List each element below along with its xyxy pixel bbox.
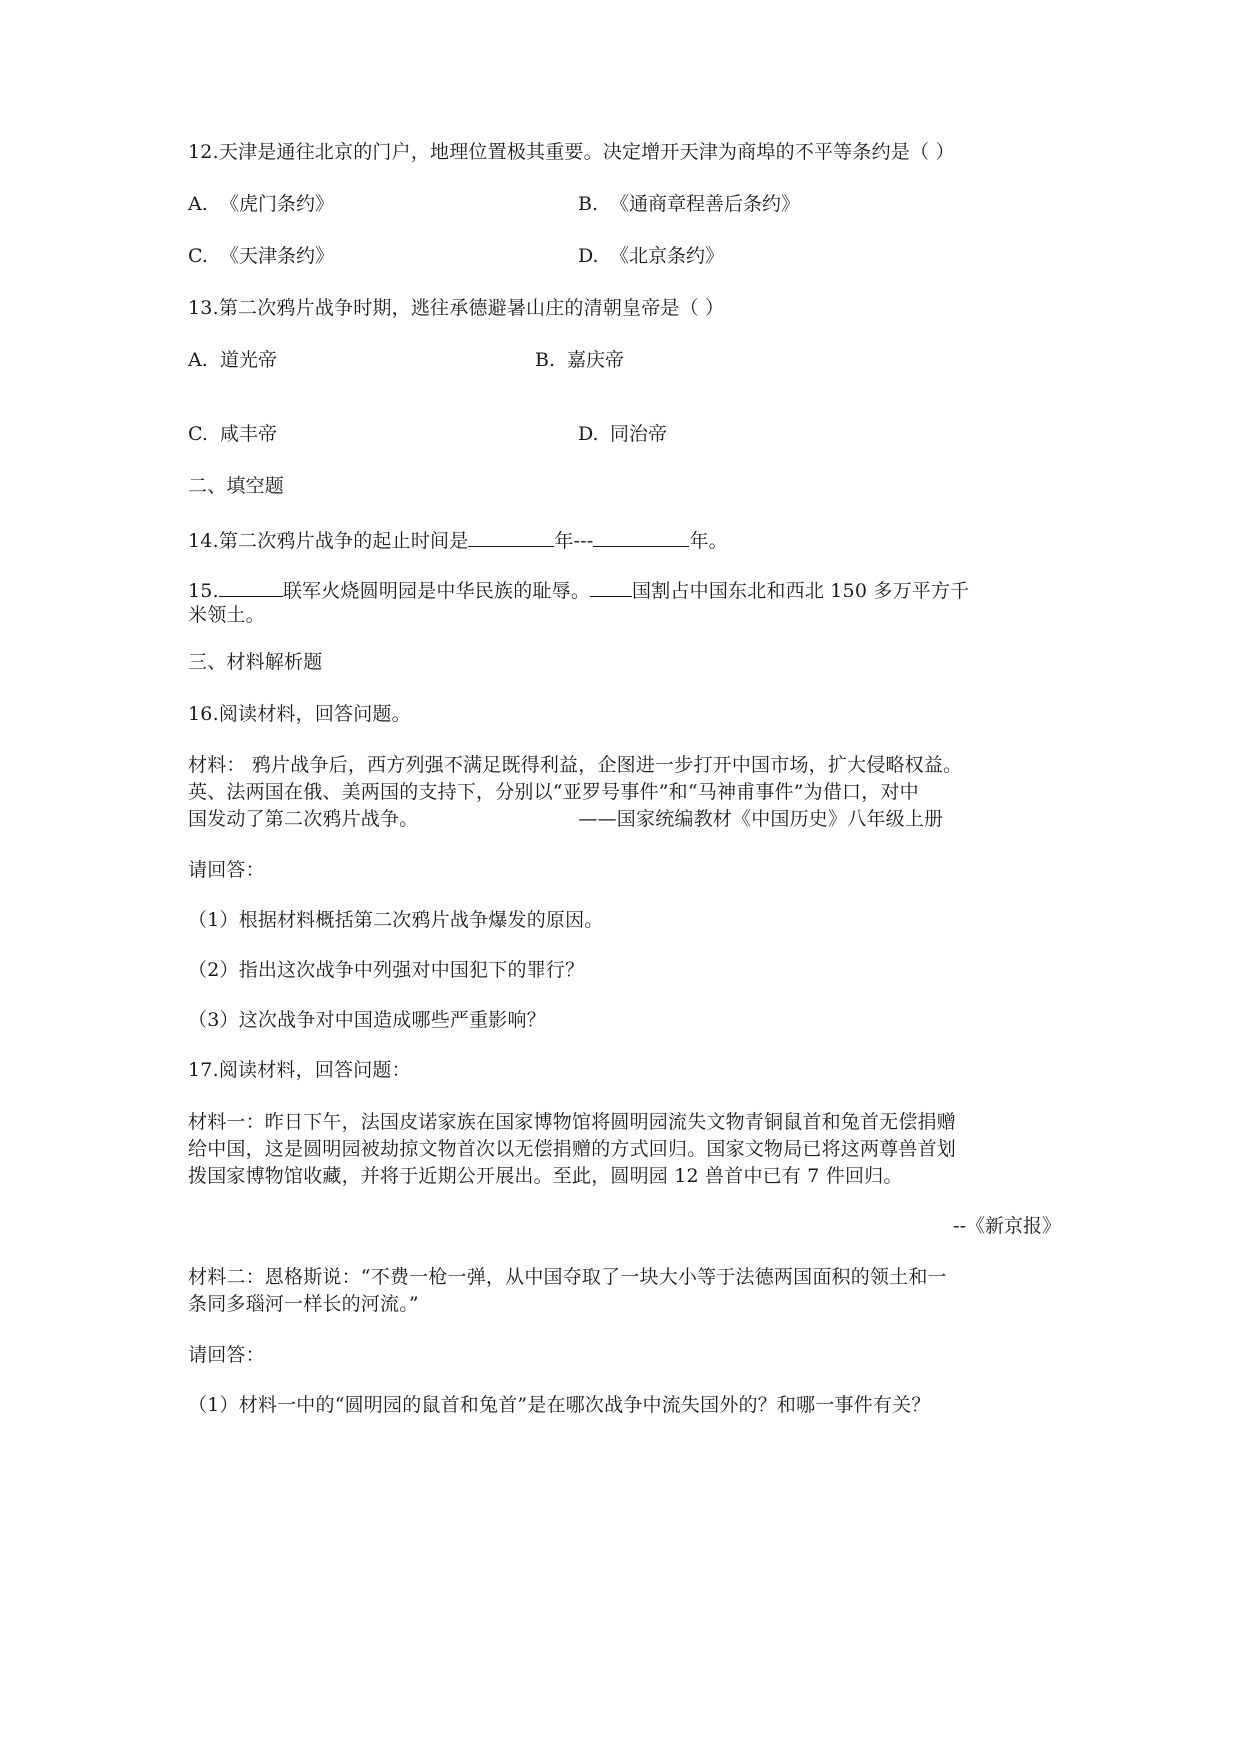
question-16-prompt: 请回答： xyxy=(188,858,265,882)
question-16-sub-1: （1）根据材料概括第二次鸦片战争爆发的原因。 xyxy=(188,908,604,932)
question-17-material-1-source: --《新京报》 xyxy=(953,1214,1061,1238)
option-text: 同治帝 xyxy=(610,423,667,445)
answer-blank-country[interactable] xyxy=(590,576,632,597)
question-16-sub-3: （3）这次战争对中国造成哪些严重影响？ xyxy=(188,1008,546,1032)
question-17-material-1-line-2: 给中国，这是圆明园被劫掠文物首次以无偿捐赠的方式回归。国家文物局已将这两尊兽首划 xyxy=(188,1137,956,1161)
answer-blank-end-year[interactable] xyxy=(593,526,689,547)
option-text: 《通商章程善后条约》 xyxy=(610,193,800,215)
option-text: 《虎门条约》 xyxy=(220,193,334,215)
option-letter: D. xyxy=(578,244,610,268)
question-17-sub-1: （1）材料一中的“圆明园的鼠首和兔首”是在哪次战争中流失国外的？和哪一事件有关？ xyxy=(188,1393,931,1417)
question-16-material-line-1: 材料： 鸦片战争后，西方列强不满足既得利益，企图进一步打开中国市场，扩大侵略权益… xyxy=(188,753,962,777)
question-15-part-2: 国割占中国东北和西北 150 多万平方千 xyxy=(632,580,969,602)
question-17-material-1-line-3: 拨国家博物馆收藏，并将于近期公开展出。至此，圆明园 12 兽首中已有 7 件回归… xyxy=(188,1164,903,1188)
section-3-heading: 三、材料解析题 xyxy=(188,650,322,674)
option-letter: D. xyxy=(578,422,610,446)
question-12-option-d: D.《北京条约》 xyxy=(578,244,724,268)
section-2-heading: 二、填空题 xyxy=(188,474,284,498)
question-13-stem: 13.第二次鸦片战争时期，逃往承德避暑山庄的清朝皇帝是（ ） xyxy=(188,296,724,320)
question-14-prefix: 14.第二次鸦片战争的起止时间是 xyxy=(188,530,468,552)
question-13-option-b: B.嘉庆帝 xyxy=(535,348,624,372)
option-text: 道光帝 xyxy=(220,349,277,371)
question-14-mid: 年--- xyxy=(554,530,593,552)
material-text: 国发动了第二次鸦片战争。 xyxy=(188,808,418,830)
question-12-option-a: A.《虎门条约》 xyxy=(188,192,334,216)
option-letter: C. xyxy=(188,244,220,268)
question-14: 14.第二次鸦片战争的起止时间是年---年。 xyxy=(188,526,728,553)
question-15-prefix: 15. xyxy=(188,580,219,602)
question-16-sub-2: （2）指出这次战争中列强对中国犯下的罪行？ xyxy=(188,958,584,982)
question-13-option-a: A.道光帝 xyxy=(188,348,277,372)
option-letter: A. xyxy=(188,348,220,372)
question-15-line-2: 米领土。 xyxy=(188,603,265,627)
option-text: 嘉庆帝 xyxy=(567,349,624,371)
answer-blank-start-year[interactable] xyxy=(468,526,554,547)
answer-blank-allied-forces[interactable] xyxy=(219,576,283,597)
question-16-material-line-2: 英、法两国在俄、美两国的支持下，分别以“亚罗号事件”和“马神甫事件”为借口，对中 xyxy=(188,780,919,804)
question-15-line-1: 15.联军火烧圆明园是中华民族的耻辱。国割占中国东北和西北 150 多万平方千 xyxy=(188,576,969,603)
option-text: 《北京条约》 xyxy=(610,245,724,267)
option-text: 咸丰帝 xyxy=(220,423,277,445)
question-17-stem: 17.阅读材料，回答问题： xyxy=(188,1058,411,1082)
question-12-option-b: B.《通商章程善后条约》 xyxy=(578,192,800,216)
question-12-stem: 12.天津是通往北京的门户，地理位置极其重要。决定增开天津为商埠的不平等条约是（… xyxy=(188,140,955,164)
option-letter: B. xyxy=(535,348,567,372)
material-source: ——国家统编教材《中国历史》八年级上册 xyxy=(578,808,943,830)
option-letter: C. xyxy=(188,422,220,446)
question-15-part-1: 联军火烧圆明园是中华民族的耻辱。 xyxy=(283,580,590,602)
question-14-suffix: 年。 xyxy=(689,530,727,552)
question-17-material-2-line-1: 材料二：恩格斯说：“不费一枪一弹，从中国夺取了一块大小等于法德两国面积的领土和一 xyxy=(188,1265,947,1289)
question-17-prompt: 请回答： xyxy=(188,1343,265,1367)
question-13-option-d: D.同治帝 xyxy=(578,422,667,446)
question-17-material-1-line-1: 材料一：昨日下午，法国皮诺家族在国家博物馆将圆明园流失文物青铜鼠首和兔首无偿捐赠 xyxy=(188,1110,956,1134)
option-text: 《天津条约》 xyxy=(220,245,334,267)
option-letter: B. xyxy=(578,192,610,216)
question-16-material-line-3: 国发动了第二次鸦片战争。——国家统编教材《中国历史》八年级上册 xyxy=(188,807,943,831)
question-17-material-2-line-2: 条同多瑙河一样长的河流。” xyxy=(188,1292,419,1316)
question-12-option-c: C.《天津条约》 xyxy=(188,244,334,268)
question-16-stem: 16.阅读材料，回答问题。 xyxy=(188,702,411,726)
option-letter: A. xyxy=(188,192,220,216)
question-13-option-c: C.咸丰帝 xyxy=(188,422,277,446)
